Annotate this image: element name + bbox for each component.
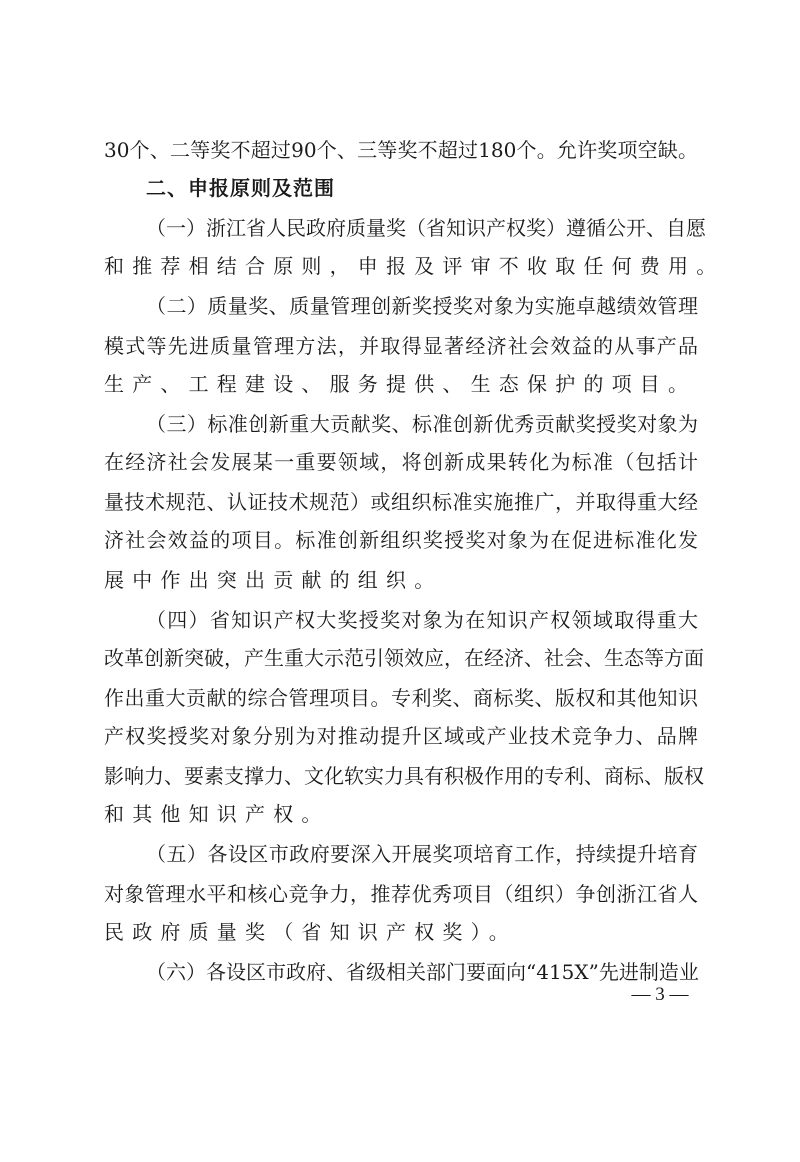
paragraph-4-line-4: 产权奖授奖对象分别为对推动提升区域或产业技术竞争力、品牌 bbox=[104, 721, 698, 751]
paragraph-5-line-1: （五）各设区市政府要深入开展奖项培育工作，持续提升培育 bbox=[146, 839, 698, 869]
continued-text-line: 30个、二等奖不超过90个、三等奖不超过180个。允许奖项空缺。 bbox=[104, 135, 698, 165]
paragraph-4-line-3: 作出重大贡献的综合管理项目。专利奖、商标奖、版权和其他知识 bbox=[104, 683, 698, 713]
paragraph-3-line-5: 展中作出突出贡献的组织。 bbox=[104, 565, 698, 595]
paragraph-3-line-2: 在经济社会发展某一重要领域，将创新成果转化为标准（包括计 bbox=[104, 447, 698, 477]
page-number: — 3 — bbox=[620, 982, 700, 1008]
paragraph-5-line-3: 民政府质量奖（省知识产权奖）。 bbox=[104, 917, 698, 947]
paragraph-4-line-5: 影响力、要素支撑力、文化软实力具有积极作用的专利、商标、版权 bbox=[104, 761, 698, 791]
paragraph-3-line-4: 济社会效益的项目。标准创新组织奖授奖对象为在促进标准化发 bbox=[104, 525, 698, 555]
paragraph-4-line-6: 和其他知识产权。 bbox=[104, 799, 698, 829]
paragraph-2-line-3: 生产、工程建设、服务提供、生态保护的项目。 bbox=[104, 369, 698, 399]
paragraph-5-line-2: 对象管理水平和核心竞争力，推荐优秀项目（组织）争创浙江省人 bbox=[104, 879, 698, 909]
paragraph-1-line-1: （一）浙江省人民政府质量奖（省知识产权奖）遵循公开、自愿 bbox=[146, 213, 698, 243]
paragraph-3-line-1: （三）标准创新重大贡献奖、标准创新优秀贡献奖授奖对象为 bbox=[146, 409, 698, 439]
document-page: 30个、二等奖不超过90个、三等奖不超过180个。允许奖项空缺。 二、申报原则及… bbox=[0, 0, 800, 1162]
paragraph-4-line-2: 改革创新突破，产生重大示范引领效应，在经济、社会、生态等方面 bbox=[104, 643, 698, 673]
paragraph-1-line-2: 和推荐相结合原则，申报及评审不收取任何费用。 bbox=[104, 251, 698, 281]
paragraph-6-line-1: （六）各设区市政府、省级相关部门要面向“415X”先进制造业 bbox=[146, 957, 698, 987]
paragraph-4-line-1: （四）省知识产权大奖授奖对象为在知识产权领域取得重大 bbox=[146, 605, 698, 635]
section-heading: 二、申报原则及范围 bbox=[146, 173, 335, 203]
paragraph-3-line-3: 量技术规范、认证技术规范）或组织标准实施推广，并取得重大经 bbox=[104, 487, 698, 517]
paragraph-2-line-1: （二）质量奖、质量管理创新奖授奖对象为实施卓越绩效管理 bbox=[146, 291, 698, 321]
paragraph-2-line-2: 模式等先进质量管理方法，并取得显著经济社会效益的从事产品 bbox=[104, 331, 698, 361]
